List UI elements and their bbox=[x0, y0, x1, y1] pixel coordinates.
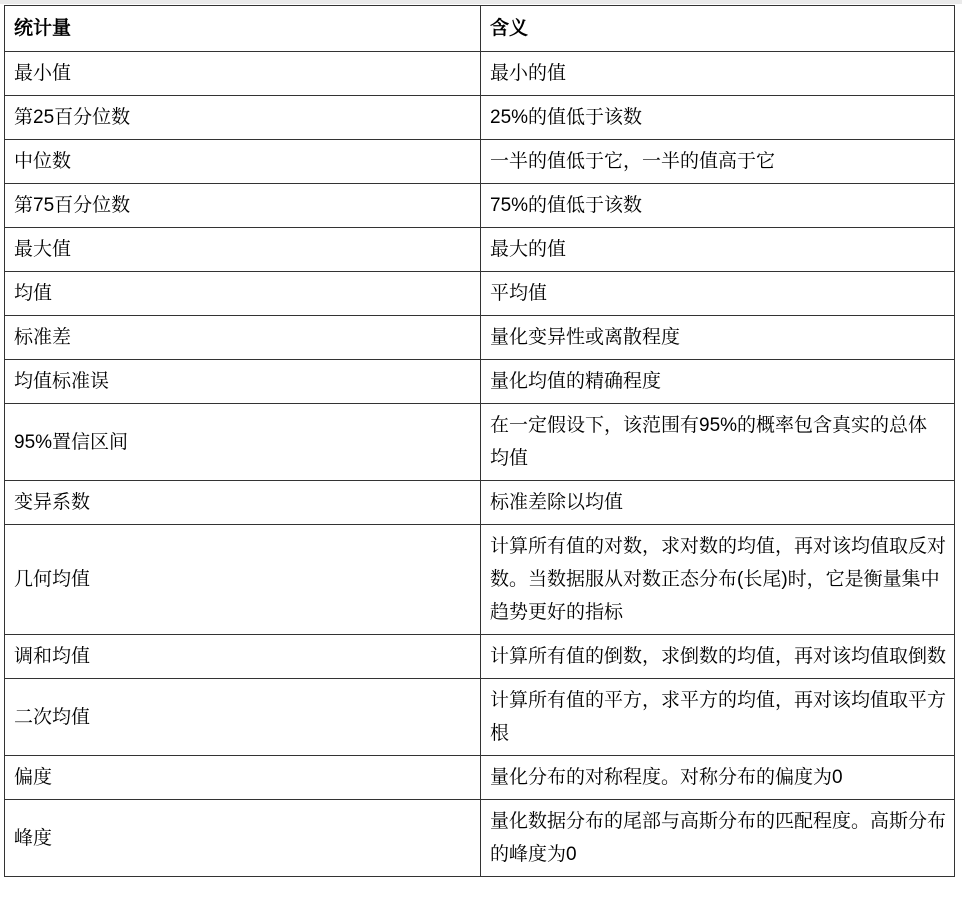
meaning-cell: 标准差除以均值 bbox=[481, 481, 955, 525]
meaning-cell: 平均值 bbox=[481, 272, 955, 316]
table-row: 调和均值 计算所有值的倒数，求倒数的均值，再对该均值取倒数 bbox=[5, 635, 955, 679]
statistic-cell: 第75百分位数 bbox=[5, 184, 481, 228]
statistic-cell: 均值 bbox=[5, 272, 481, 316]
table-row: 几何均值 计算所有值的对数，求对数的均值，再对该均值取反对数。当数据服从对数正态… bbox=[5, 525, 955, 635]
meaning-cell: 在一定假设下，该范围有95%的概率包含真实的总体均值 bbox=[481, 404, 955, 481]
statistic-cell: 峰度 bbox=[5, 800, 481, 877]
statistics-table: 统计量 含义 最小值 最小的值 第25百分位数 25%的值低于该数 中位数 一半… bbox=[4, 5, 955, 877]
table-row: 偏度 量化分布的对称程度。对称分布的偏度为0 bbox=[5, 756, 955, 800]
table-row: 第25百分位数 25%的值低于该数 bbox=[5, 96, 955, 140]
column-header-statistic: 统计量 bbox=[5, 6, 481, 52]
statistics-glossary: 统计量 含义 最小值 最小的值 第25百分位数 25%的值低于该数 中位数 一半… bbox=[4, 5, 955, 877]
statistic-cell: 均值标准误 bbox=[5, 360, 481, 404]
table-row: 中位数 一半的值低于它，一半的值高于它 bbox=[5, 140, 955, 184]
table-row: 峰度 量化数据分布的尾部与高斯分布的匹配程度。高斯分布的峰度为0 bbox=[5, 800, 955, 877]
meaning-cell: 量化数据分布的尾部与高斯分布的匹配程度。高斯分布的峰度为0 bbox=[481, 800, 955, 877]
statistic-cell: 偏度 bbox=[5, 756, 481, 800]
meaning-cell: 量化均值的精确程度 bbox=[481, 360, 955, 404]
table-row: 二次均值 计算所有值的平方，求平方的均值，再对该均值取平方根 bbox=[5, 679, 955, 756]
table-row: 变异系数 标准差除以均值 bbox=[5, 481, 955, 525]
meaning-cell: 最大的值 bbox=[481, 228, 955, 272]
statistic-cell: 几何均值 bbox=[5, 525, 481, 635]
statistic-cell: 调和均值 bbox=[5, 635, 481, 679]
column-header-meaning: 含义 bbox=[481, 6, 955, 52]
table-row: 最小值 最小的值 bbox=[5, 52, 955, 96]
statistic-cell: 二次均值 bbox=[5, 679, 481, 756]
meaning-cell: 75%的值低于该数 bbox=[481, 184, 955, 228]
statistic-cell: 95%置信区间 bbox=[5, 404, 481, 481]
statistic-cell: 中位数 bbox=[5, 140, 481, 184]
table-row: 第75百分位数 75%的值低于该数 bbox=[5, 184, 955, 228]
statistic-cell: 变异系数 bbox=[5, 481, 481, 525]
meaning-cell: 一半的值低于它，一半的值高于它 bbox=[481, 140, 955, 184]
meaning-cell: 计算所有值的平方，求平方的均值，再对该均值取平方根 bbox=[481, 679, 955, 756]
statistic-cell: 标准差 bbox=[5, 316, 481, 360]
meaning-cell: 最小的值 bbox=[481, 52, 955, 96]
table-row: 标准差 量化变异性或离散程度 bbox=[5, 316, 955, 360]
table-row: 最大值 最大的值 bbox=[5, 228, 955, 272]
statistic-cell: 最大值 bbox=[5, 228, 481, 272]
table-header-row: 统计量 含义 bbox=[5, 6, 955, 52]
page-top-strip bbox=[0, 0, 962, 4]
meaning-cell: 计算所有值的倒数，求倒数的均值，再对该均值取倒数 bbox=[481, 635, 955, 679]
meaning-cell: 25%的值低于该数 bbox=[481, 96, 955, 140]
statistic-cell: 第25百分位数 bbox=[5, 96, 481, 140]
meaning-cell: 量化分布的对称程度。对称分布的偏度为0 bbox=[481, 756, 955, 800]
table-row: 均值 平均值 bbox=[5, 272, 955, 316]
table-row: 均值标准误 量化均值的精确程度 bbox=[5, 360, 955, 404]
table-row: 95%置信区间 在一定假设下，该范围有95%的概率包含真实的总体均值 bbox=[5, 404, 955, 481]
meaning-cell: 量化变异性或离散程度 bbox=[481, 316, 955, 360]
meaning-cell: 计算所有值的对数，求对数的均值，再对该均值取反对数。当数据服从对数正态分布(长尾… bbox=[481, 525, 955, 635]
statistic-cell: 最小值 bbox=[5, 52, 481, 96]
